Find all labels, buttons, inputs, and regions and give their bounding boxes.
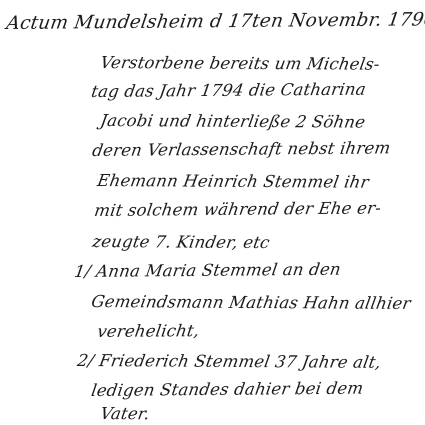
manuscript-page: Actum Mundelsheim d 17ten Novembr. 1796.… [0, 0, 425, 425]
manuscript-line: zeugte 7. Kinder, etc [91, 232, 271, 252]
manuscript-line: Jacobi und hinterließe 2 Söhne [99, 111, 367, 132]
manuscript-line: Verstorbene bereits um Michels- [99, 53, 381, 74]
manuscript-line: Ehemann Heinrich Stemmel ihr [96, 171, 370, 192]
manuscript-line: verehelicht, [96, 321, 201, 341]
manuscript-line: Vater. [99, 404, 151, 423]
manuscript-line: deren Verlassenschaft nebst ihrem [91, 138, 392, 160]
manuscript-list-item: 1/ Anna Maria Stemmel an den [73, 260, 342, 281]
manuscript-line: ledigen Standes dahier bei dem [90, 379, 365, 400]
manuscript-line: Gemeindsmann Mathias Hahn allhier [90, 292, 412, 313]
manuscript-line: mit solchem während der Ehe er- [93, 199, 382, 220]
manuscript-heading: Actum Mundelsheim d 17ten Novembr. 1796. [5, 9, 425, 34]
manuscript-line: tag das Jahr 1794 die Catharina [90, 80, 367, 101]
manuscript-list-item: 2/ Friederich Stemmel 37 Jahre alt, [76, 351, 383, 372]
